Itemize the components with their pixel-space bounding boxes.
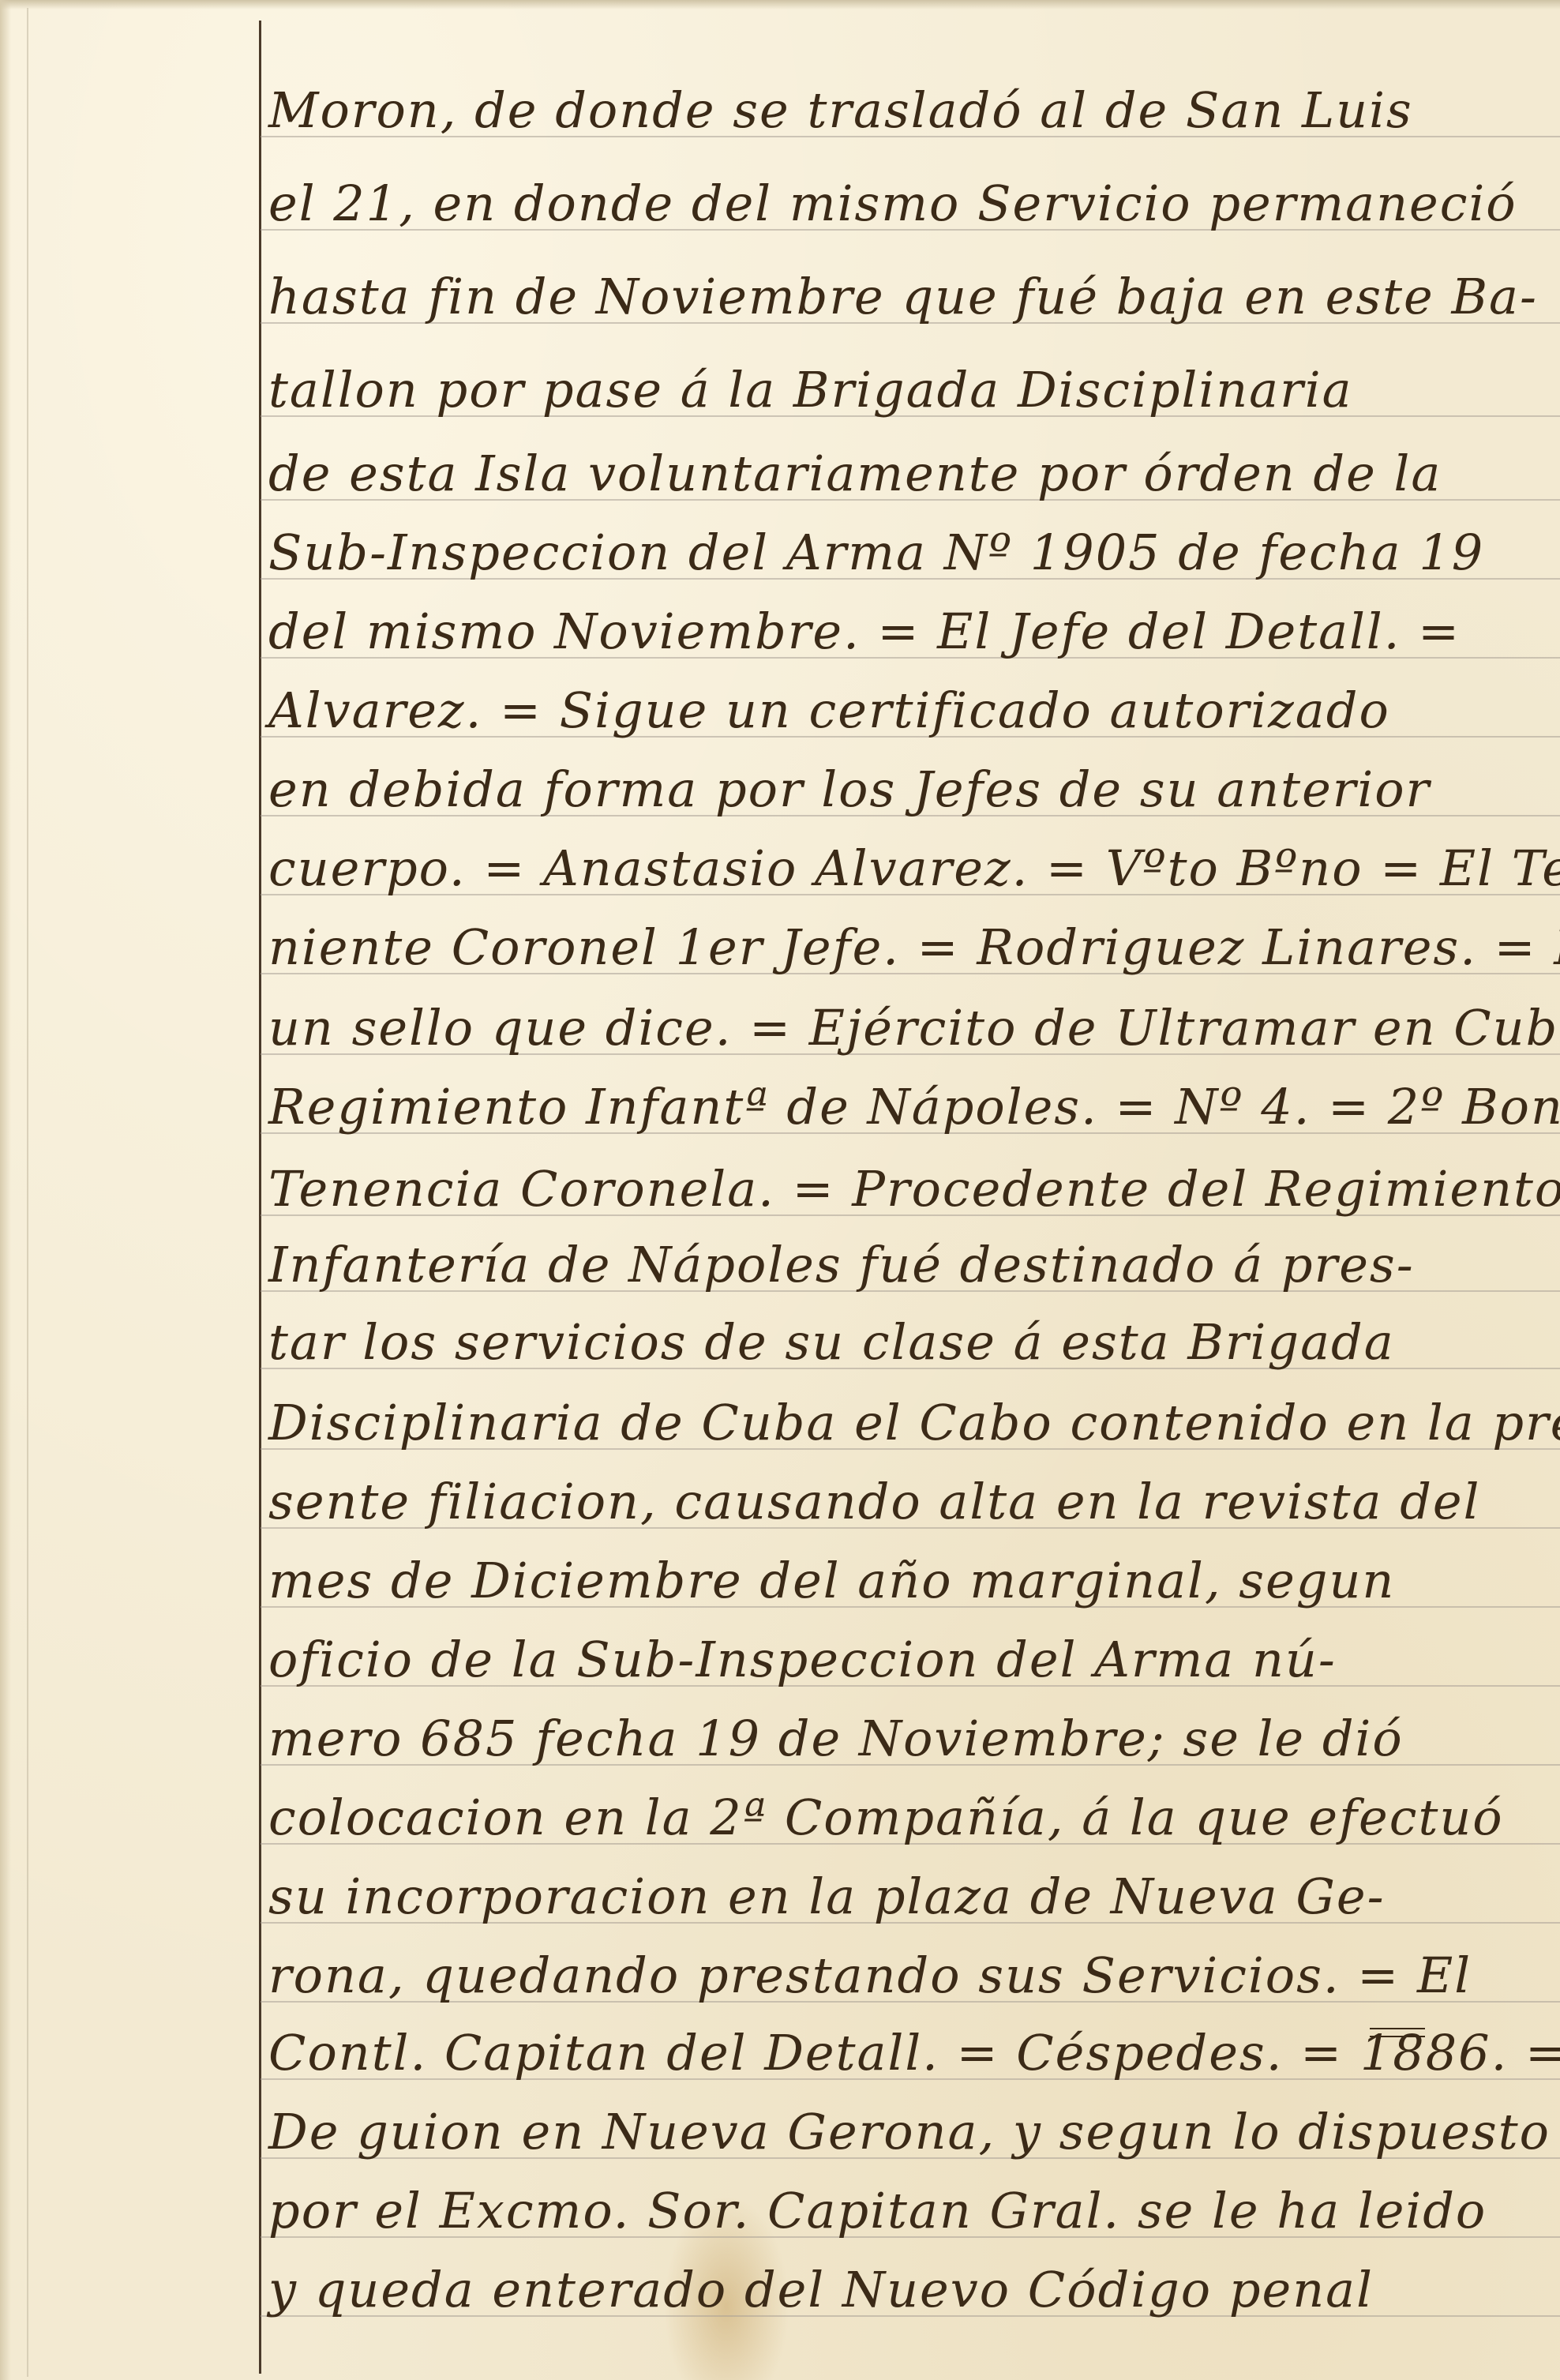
- text-line: Sub-Inspeccion del Arma Nº 1905 de fecha…: [268, 521, 1547, 584]
- text-line: de esta Isla voluntariamente por órden d…: [268, 442, 1547, 505]
- text-line: Infantería de Nápoles fué destinado á pr…: [268, 1233, 1547, 1297]
- text-line: De guion en Nueva Gerona, y segun lo dis…: [268, 2100, 1547, 2164]
- text-line: por el Excmo. Sor. Capitan Gral. se le h…: [268, 2179, 1547, 2243]
- text-line: sente filiacion, causando alta en la rev…: [268, 1470, 1547, 1533]
- text-line: en debida forma por los Jefes de su ante…: [268, 758, 1547, 821]
- text-line: colocacion en la 2ª Compañía, á la que e…: [268, 1786, 1547, 1849]
- text-line: niente Coronel 1er Jefe. = Rodriguez Lin…: [268, 916, 1547, 979]
- text-line: Alvarez. = Sigue un certificado autoriza…: [268, 679, 1547, 742]
- text-line: Contl. Capitan del Detall. = Céspedes. =…: [268, 2021, 1547, 2085]
- page-fold-line: [27, 8, 28, 2377]
- text-line: y queda enterado del Nuevo Código penal: [268, 2258, 1547, 2322]
- text-line: rona, quedando prestando sus Servicios. …: [268, 1944, 1547, 2007]
- text-line: su incorporacion en la plaza de Nueva Ge…: [268, 1865, 1547, 1928]
- text-line: tallon por pase á la Brigada Disciplinar…: [268, 359, 1547, 422]
- margin-rule: [259, 21, 261, 2374]
- text-line: mes de Diciembre del año marginal, segun: [268, 1549, 1547, 1612]
- text-line: tar los servicios de su clase á esta Bri…: [268, 1311, 1547, 1374]
- text-line: del mismo Noviembre. = El Jefe del Detal…: [268, 600, 1547, 663]
- text-line: oficio de la Sub-Inspeccion del Arma nú-: [268, 1628, 1547, 1691]
- text-line: hasta fin de Noviembre que fué baja en e…: [268, 265, 1547, 328]
- page-top-edge: [0, 0, 1560, 9]
- manuscript-page: Moron, de donde se trasladó al de San Lu…: [0, 0, 1560, 2380]
- text-line: Tenencia Coronela. = Procedente del Regi…: [268, 1158, 1547, 1221]
- binding-shadow: [0, 0, 11, 2380]
- text-line: un sello que dice. = Ejército de Ultrama…: [268, 997, 1547, 1060]
- text-line: mero 685 fecha 19 de Noviembre; se le di…: [268, 1707, 1547, 1770]
- text-line: el 21, en donde del mismo Servicio perma…: [268, 172, 1547, 235]
- text-line: Regimiento Infantª de Nápoles. = Nº 4. =…: [268, 1076, 1547, 1139]
- text-line: Disciplinaria de Cuba el Cabo contenido …: [268, 1391, 1547, 1455]
- text-line: Moron, de donde se trasladó al de San Lu…: [268, 79, 1547, 142]
- text-line: cuerpo. = Anastasio Alvarez. = Vºto Bºno…: [268, 837, 1547, 900]
